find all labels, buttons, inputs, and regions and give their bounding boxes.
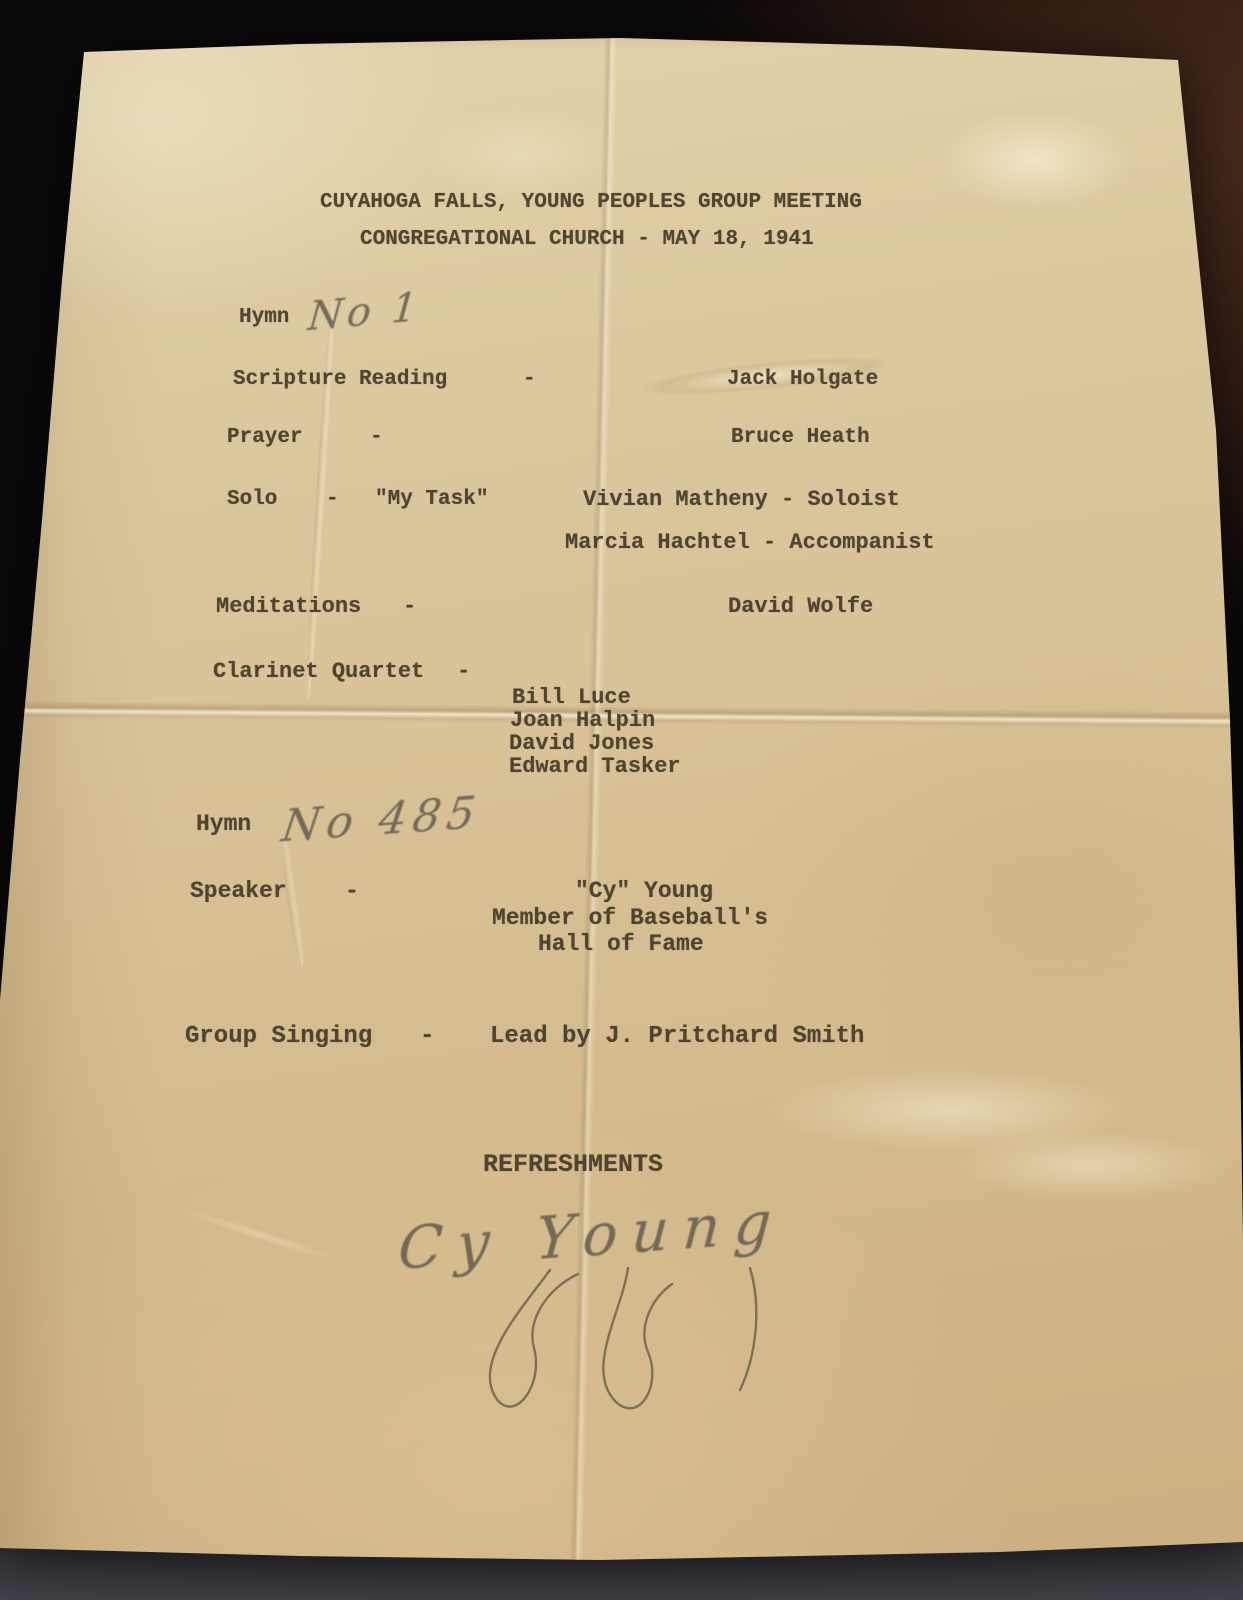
prayer-name: Bruce Heath <box>731 427 870 448</box>
speaker-credential-2: Hall of Fame <box>538 933 704 956</box>
title-line-2: CONGREGATIONAL CHURCH - MAY 18, 1941 <box>360 229 814 250</box>
hymn2-number-handwritten: No 485 <box>279 791 484 849</box>
solo-piece-title: "My Task" <box>375 489 488 510</box>
speaker-credential-1: Member of Baseball's <box>492 907 768 930</box>
scripture-label: Scripture Reading <box>233 369 447 390</box>
title-line-1: CUYAHOGA FALLS, YOUNG PEOPLES GROUP MEET… <box>320 192 862 213</box>
solo-accompanist: Marcia Hachtel - Accompanist <box>565 532 935 554</box>
quartet-member: Edward Tasker <box>509 756 681 778</box>
scripture-dash: - <box>523 369 536 390</box>
clarinet-quartet-label: Clarinet Quartet <box>213 661 424 683</box>
program-sheet: CUYAHOGA FALLS, YOUNG PEOPLES GROUP MEET… <box>0 0 1243 1600</box>
prayer-dash: - <box>370 427 383 448</box>
signature-flourish <box>432 1266 812 1441</box>
paper-shadow: CUYAHOGA FALLS, YOUNG PEOPLES GROUP MEET… <box>0 0 1243 1600</box>
speaker-label: Speaker <box>190 880 287 903</box>
group-singing-dash: - <box>420 1025 434 1049</box>
meditations-name: David Wolfe <box>728 596 873 618</box>
quartet-member: David Jones <box>509 733 654 755</box>
meditations-label: Meditations <box>216 596 361 618</box>
photo-background: CUYAHOGA FALLS, YOUNG PEOPLES GROUP MEET… <box>0 0 1243 1600</box>
speaker-dash: - <box>345 880 359 903</box>
clarinet-quartet-dash: - <box>457 661 470 683</box>
prayer-label: Prayer <box>227 427 303 448</box>
wrinkle-crease <box>153 1194 367 1275</box>
quartet-member: Joan Halpin <box>510 710 655 732</box>
refreshments-title: REFRESHMENTS <box>483 1152 663 1177</box>
group-singing-label: Group Singing <box>185 1025 372 1049</box>
group-singing-name: Lead by J. Pritchard Smith <box>490 1025 864 1049</box>
signature-text: Cy Young <box>396 1192 787 1277</box>
quartet-member: Bill Luce <box>512 687 631 709</box>
meditations-dash: - <box>403 596 416 618</box>
hymn2-label: Hymn <box>196 813 251 836</box>
hymn1-label: Hymn <box>239 307 289 328</box>
solo-dash: - <box>326 489 339 510</box>
hymn1-number-handwritten: No 1 <box>306 287 422 337</box>
solo-soloist: Vivian Matheny - Soloist <box>583 489 900 511</box>
scripture-name: Jack Holgate <box>727 369 878 390</box>
solo-label: Solo <box>227 489 277 510</box>
speaker-name: "Cy" Young <box>575 880 713 903</box>
